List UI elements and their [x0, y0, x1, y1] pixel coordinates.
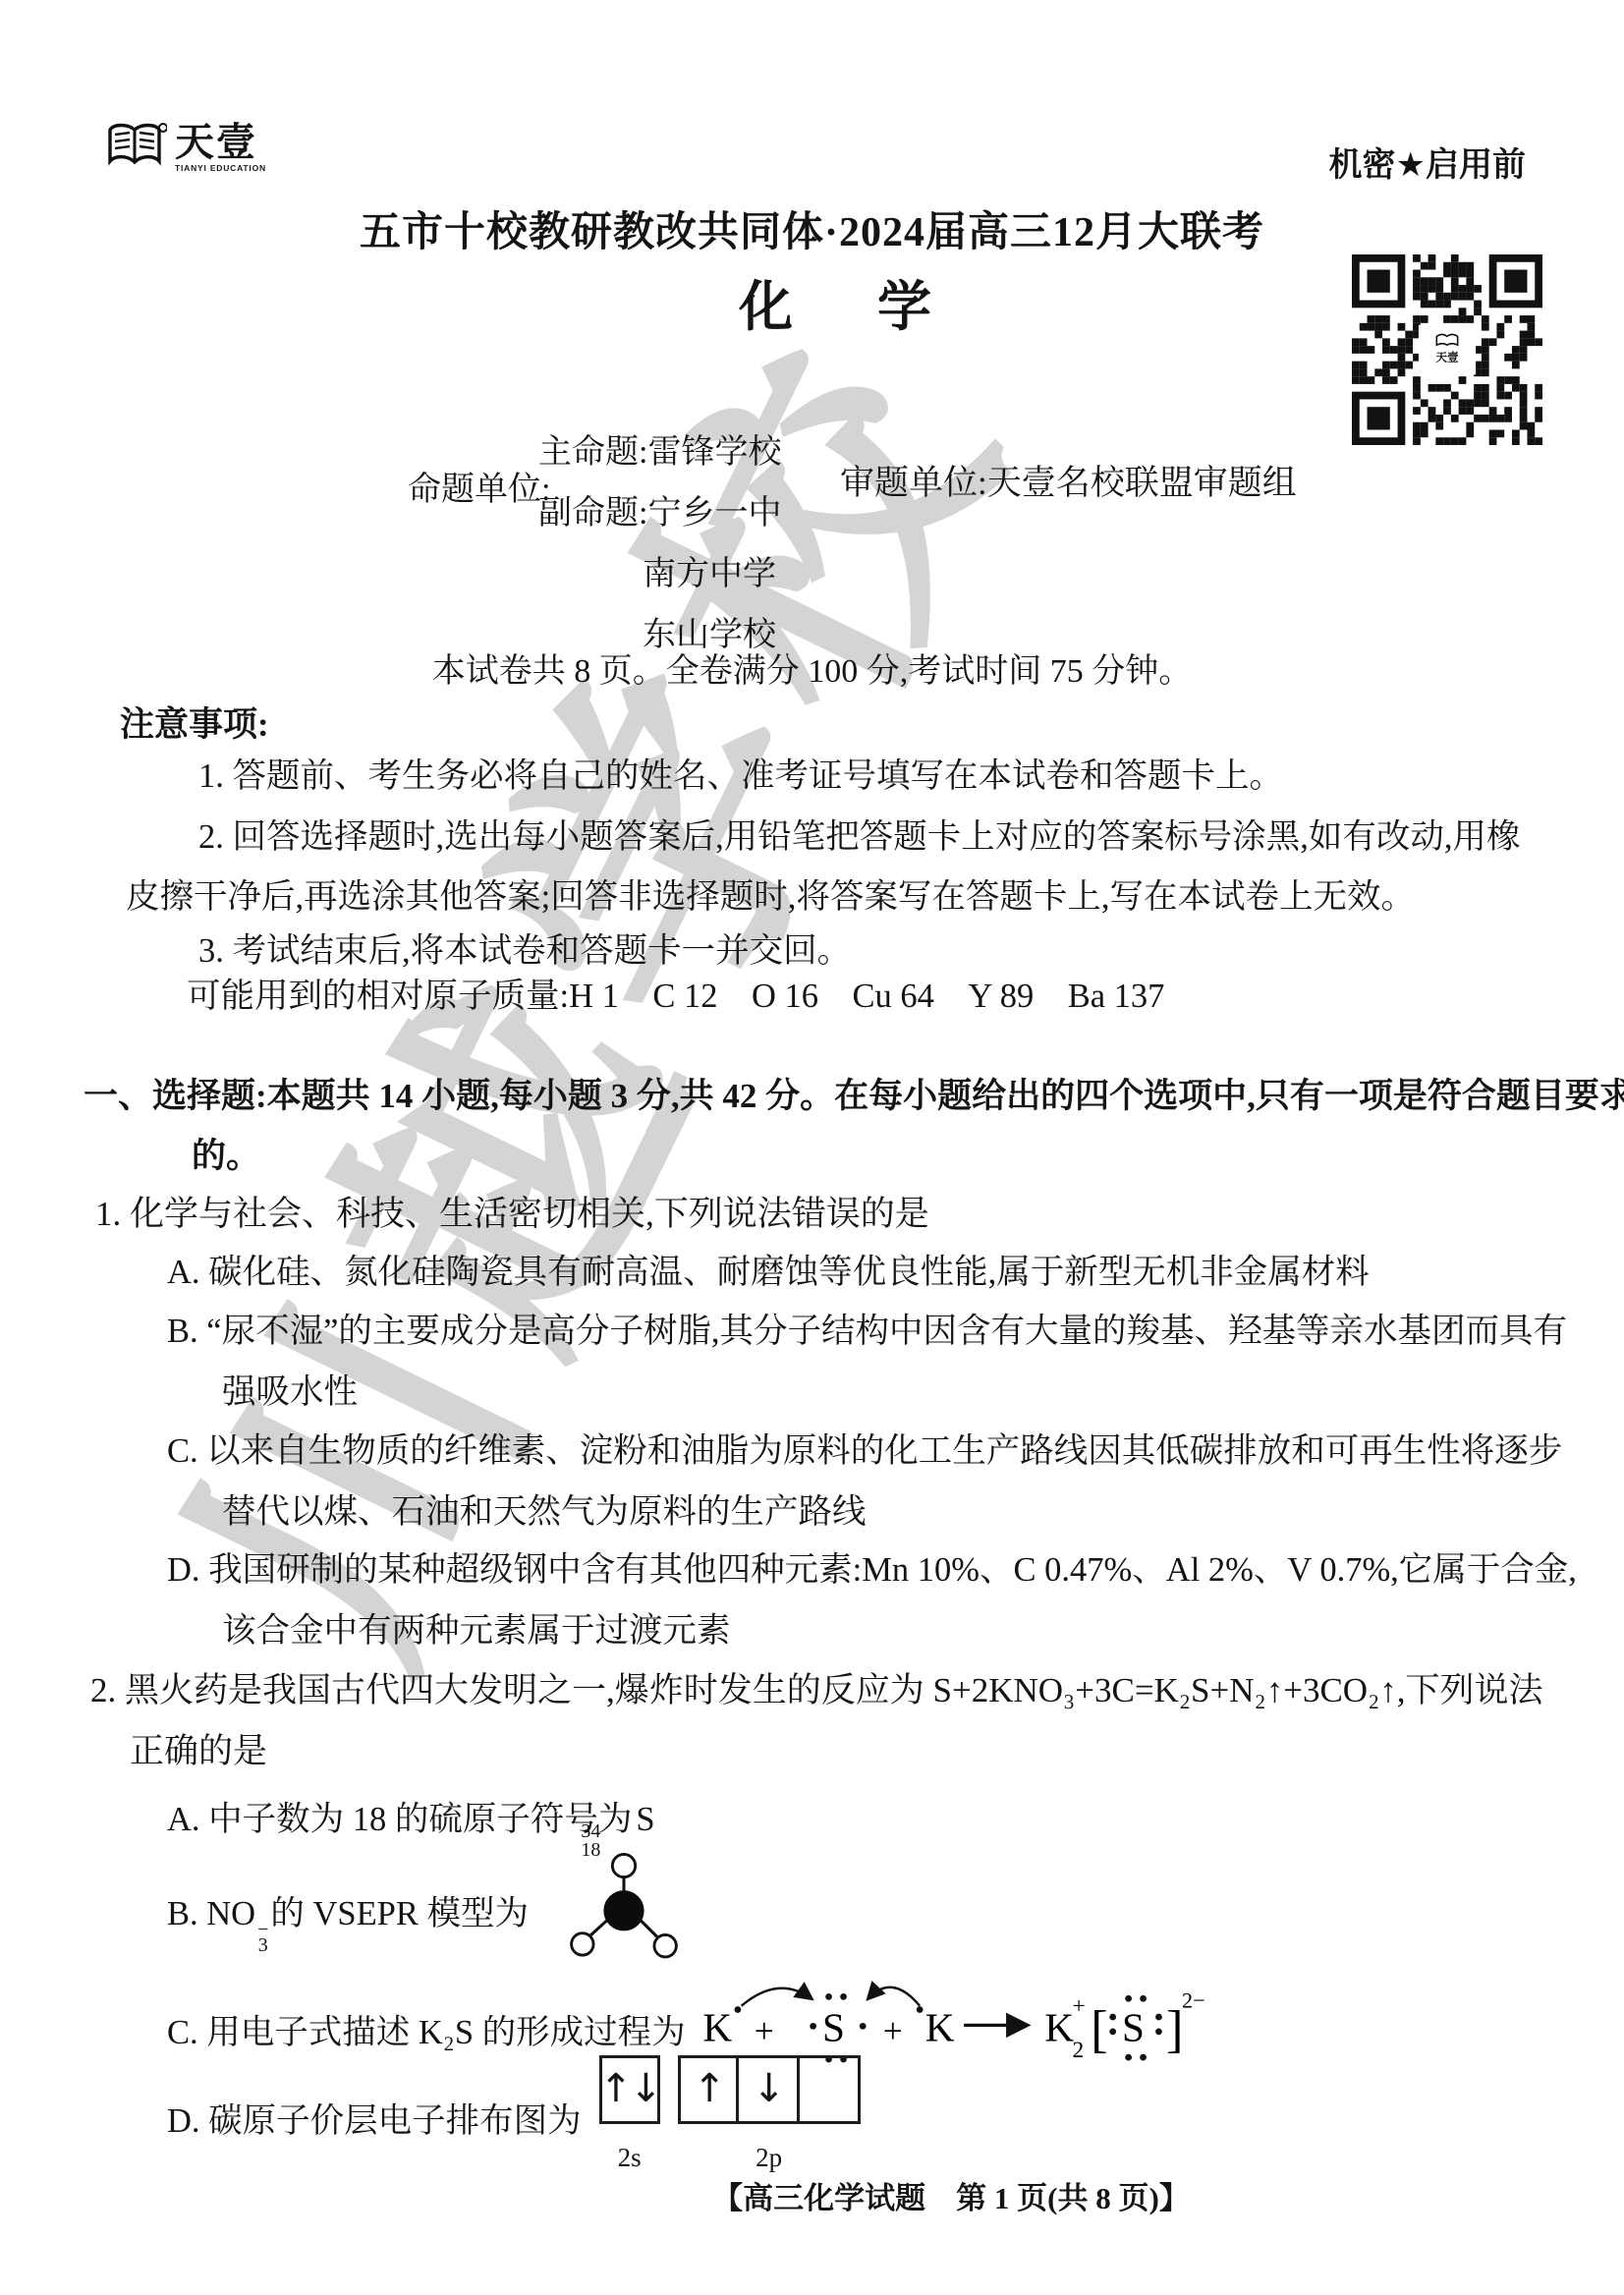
exam-page: 川越学校 天壹 TIANYI EDUCATION 机密★启用前 五市十校教研教改…	[0, 0, 1624, 2295]
brand-logo: 天壹 TIANYI EDUCATION	[106, 122, 266, 178]
orbital-2p-box-2: ↓	[739, 2055, 800, 2124]
q1-option-b: B. “尿不湿”的主要成分是高分子树脂,其分子结构中因含有大量的羧基、羟基等亲水…	[167, 1302, 1590, 1423]
q2-option-d-text: D. 碳原子价层电子排布图为	[167, 2092, 582, 2153]
orbital-label-2s: 2s	[618, 2128, 642, 2189]
svg-text:K: K	[702, 2004, 732, 2049]
vsepr-diagram	[562, 1849, 686, 1989]
atomic-mass-line: 可能用到的相对原子质量:H 1 C 12 O 16 Cu 64 Y 89 Ba …	[126, 967, 1533, 1027]
svg-text:]: ]	[1166, 2001, 1183, 2058]
q2-option-a-text: A. 中子数为 18 的硫原子符号为	[167, 1801, 632, 1838]
svg-text:+: +	[1072, 1993, 1085, 2019]
orbital-2p-box-1: ↑	[678, 2055, 739, 2124]
committee-setters: 主命题:雷锋学校 副命题:宁乡一中 南方中学 东山学校	[538, 422, 781, 666]
logo-brand-text: 天壹	[175, 122, 266, 163]
svg-text:天壹: 天壹	[1435, 351, 1459, 364]
svg-text:K: K	[1044, 2004, 1074, 2049]
q2-stem: 2. 黑火药是我国古代四大发明之一,爆炸时发生的反应为 S+2KNO₃+3C=K…	[90, 1660, 1574, 1782]
logo-caption: TIANYI EDUCATION	[175, 163, 266, 173]
q1-option-a: A. 碳化硅、氮化硅陶瓷具有耐高温、耐磨蚀等优良性能,属于新型无机非金属材料	[167, 1243, 1590, 1304]
notice-title: 注意事项:	[120, 698, 269, 747]
qr-code: 天壹	[1352, 252, 1542, 448]
q2-option-b: B. NO−3的 VSEPR 模型为	[167, 1849, 1535, 1989]
svg-text:+: +	[754, 2011, 773, 2050]
q2-option-b-text: B. NO−3的 VSEPR 模型为	[167, 1884, 529, 1953]
svg-text:2−: 2−	[1182, 1988, 1205, 2013]
book-icon	[106, 122, 167, 178]
committee-line-deputy: 副命题:宁乡一中	[538, 483, 781, 544]
committee-label: 命题单位:	[408, 462, 550, 510]
notice-item-1: 1. 答题前、考生务必将自己的姓名、准考证号填写在本试卷和答题卡上。	[126, 747, 1533, 807]
svg-text:K: K	[924, 2004, 954, 2049]
section-heading: 一、选择题:本题共 14 小题,每小题 3 分,共 42 分。在每小题给出的四个…	[84, 1066, 1624, 1186]
q1-option-d: D. 我国研制的某种超级钢中含有其他四种元素:Mn 10%、C 0.47%、Al…	[167, 1540, 1590, 1661]
page-footer: 【高三化学试题 第 1 页(共 8 页)】	[712, 2173, 1190, 2217]
svg-text:S: S	[1122, 2004, 1145, 2049]
exam-info: 本试卷共 8 页。全卷满分 100 分,考试时间 75 分钟。	[0, 644, 1624, 692]
nitrate-notation: −3	[257, 1922, 268, 1953]
svg-text:[: [	[1091, 2001, 1107, 2058]
committee-line-school3: 南方中学	[538, 544, 781, 605]
isotope-symbol: S	[636, 1801, 654, 1838]
orbital-diagram: ↑↓ 2s ↑ ↓ 2p	[599, 2055, 861, 2189]
reviewer-label: 审题单位:天壹名校联盟审题组	[840, 456, 1297, 505]
notice-item-2: 2. 回答选择题时,选出每小题答案后,用铅笔把答题卡上对应的答案标号涂黑,如有改…	[126, 808, 1533, 927]
svg-text:S: S	[822, 2004, 845, 2049]
q1-option-c: C. 以来自生物质的纤维素、淀粉和油脂为原料的化工生产路线因其低碳排放和可再生性…	[167, 1422, 1590, 1542]
svg-text:+: +	[882, 2011, 902, 2050]
q2-option-d: D. 碳原子价层电子排布图为 ↑↓ 2s ↑ ↓ 2p	[167, 2055, 1535, 2189]
orbital-2p-boxes: ↑ ↓	[678, 2055, 861, 2124]
committee-line-main: 主命题:雷锋学校	[538, 422, 781, 483]
orbital-2p-box-3	[800, 2055, 861, 2124]
orbital-2s-box: ↑↓	[599, 2055, 660, 2124]
subject-title: 化学	[739, 263, 1016, 341]
q1-stem: 1. 化学与社会、科技、生活密切相关,下列说法错误的是	[95, 1184, 1579, 1245]
confidential-label: 机密★启用前	[1329, 138, 1526, 186]
exam-title: 五市十校教研教改共同体·2024届高三12月大联考	[0, 199, 1624, 258]
